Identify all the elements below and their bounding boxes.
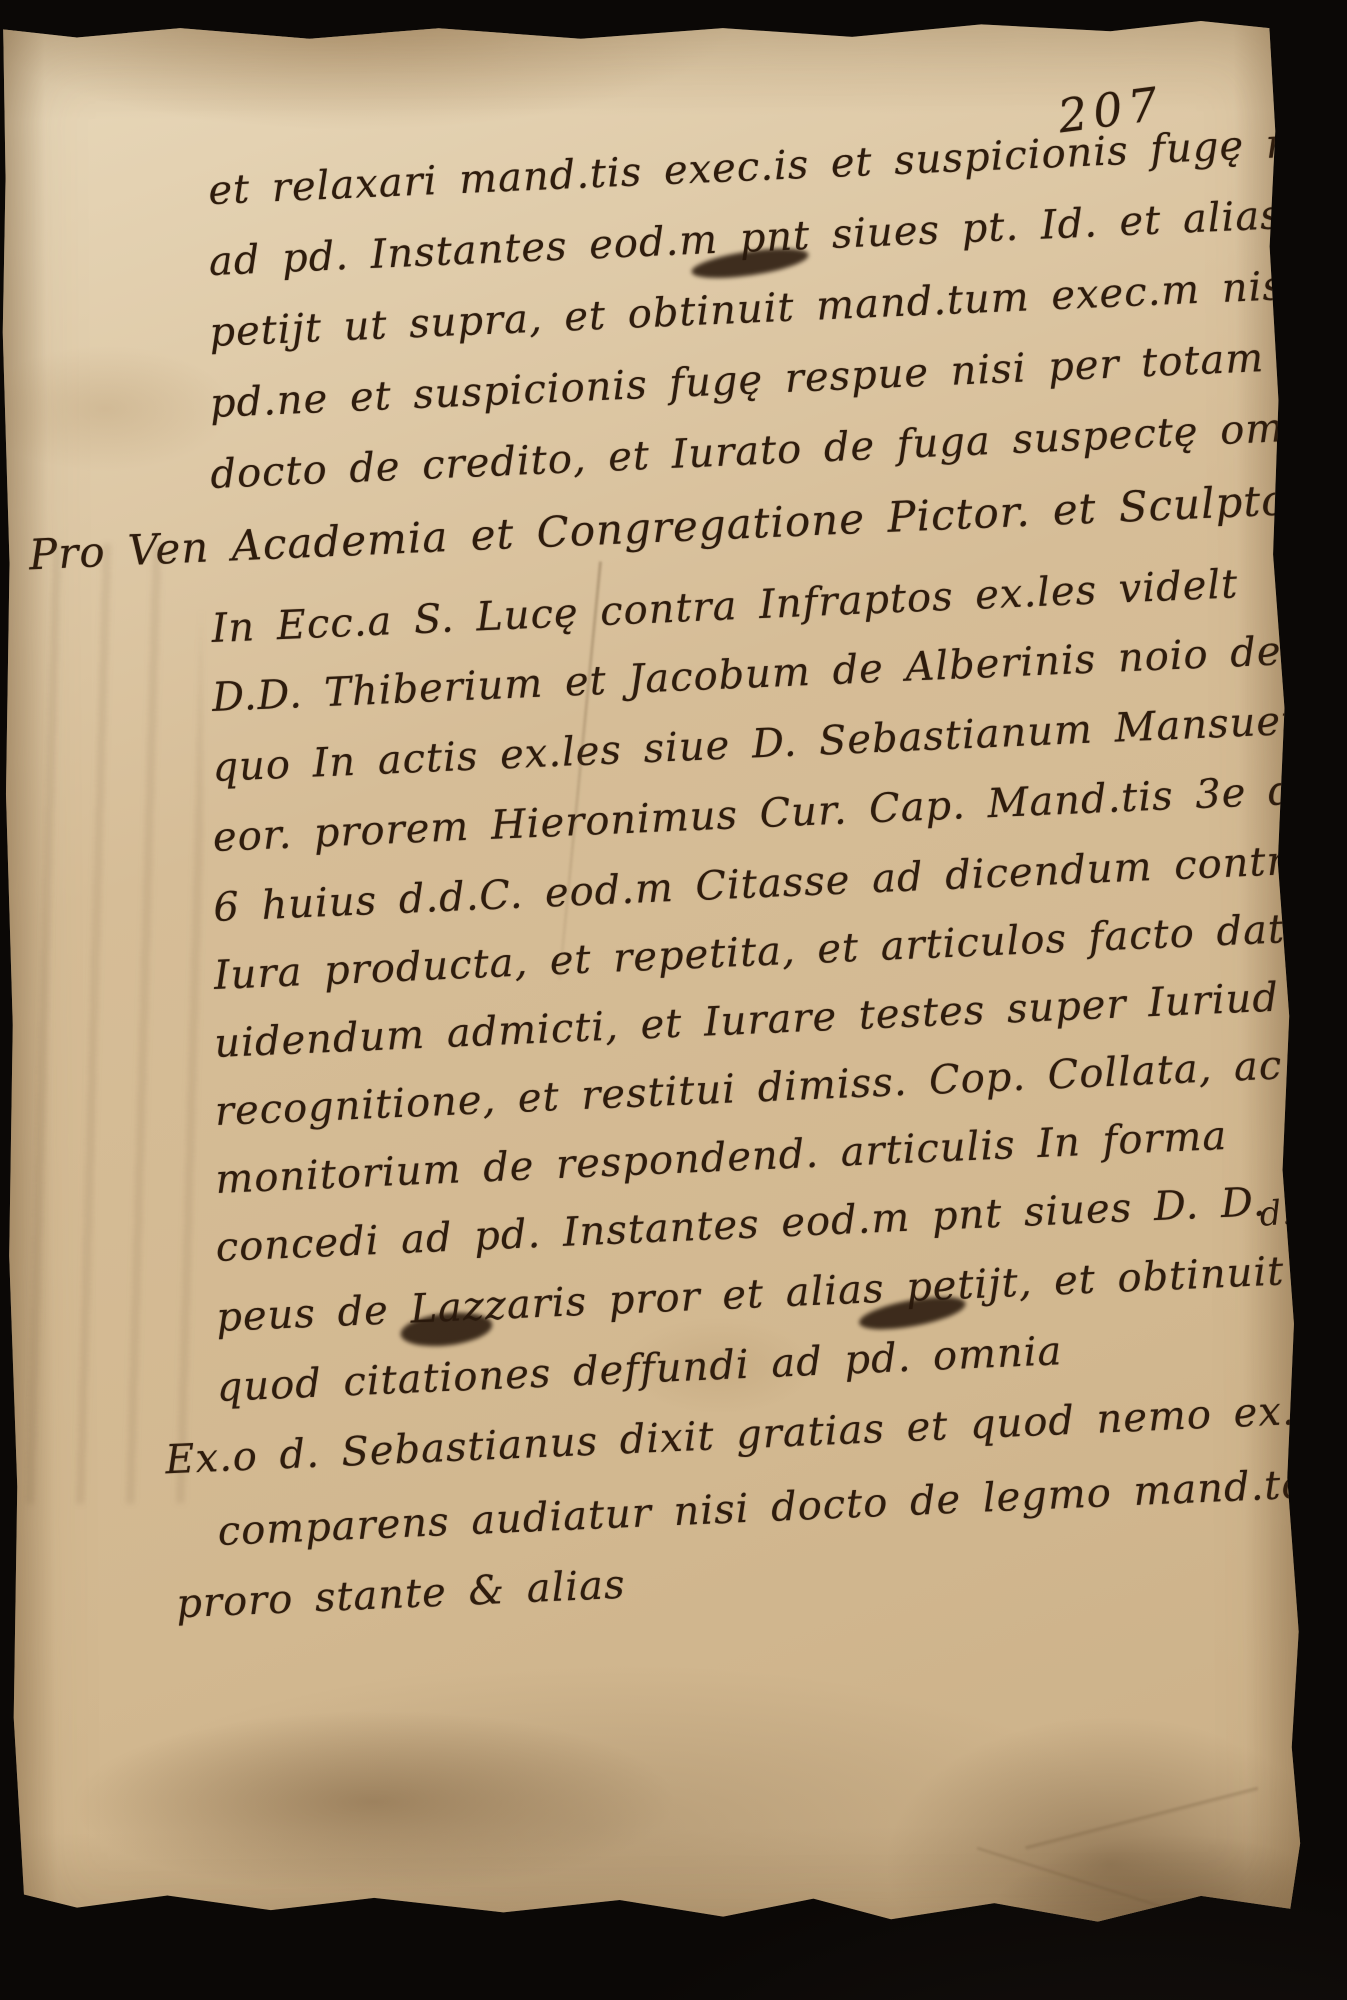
manuscript-line: proro stante & alias — [175, 1562, 626, 1628]
paper-crease — [1025, 1787, 1258, 1851]
right-margin-note: d. — [1258, 1192, 1294, 1234]
paper-crease — [976, 1847, 1168, 1910]
manuscript-line: quod citationes deffundi ad pd. omnia — [216, 1328, 1063, 1411]
manuscript-page: 207 et relaxari mand.tis exec.is et susp… — [0, 16, 1305, 1949]
scan-background: 207 et relaxari mand.tis exec.is et susp… — [0, 0, 1347, 2000]
manuscript-line: comparens audiatur nisi docto de legmo m… — [217, 1462, 1308, 1555]
ink-showthrough — [11, 543, 208, 1504]
